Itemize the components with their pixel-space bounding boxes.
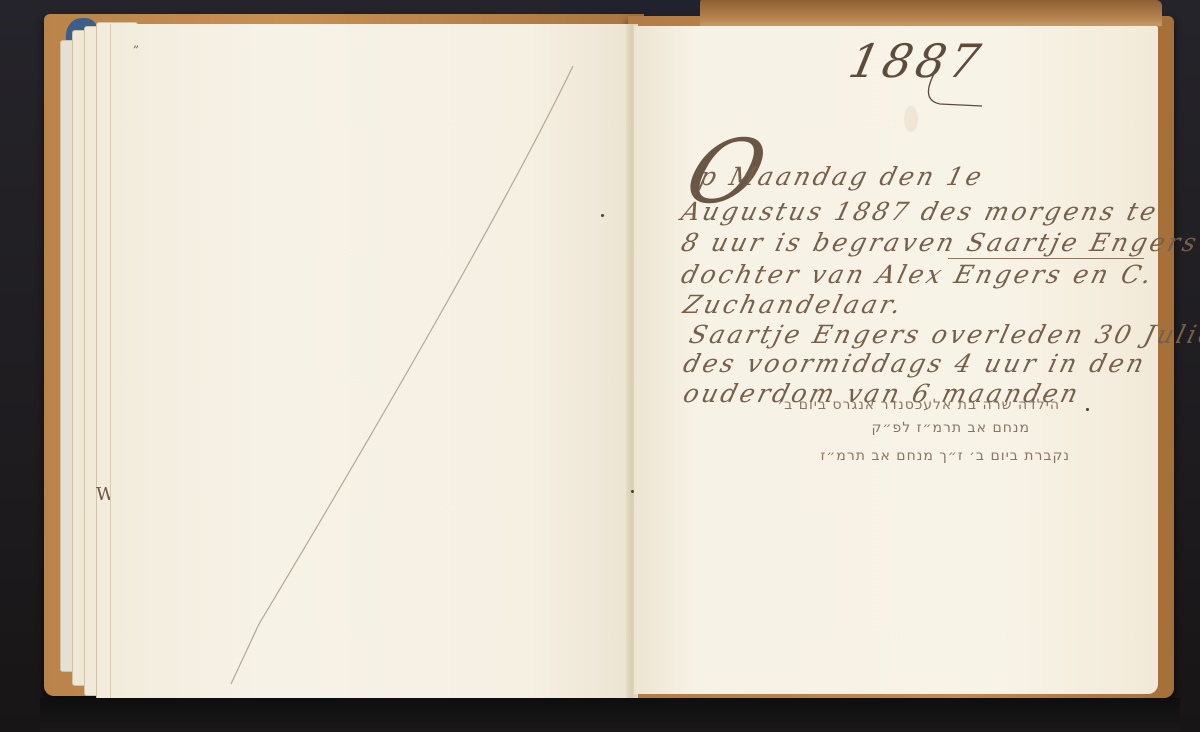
ink-dot [601,214,604,217]
diagonal-pencil-line [111,24,631,700]
record-line-5: Zuchandelaar. [680,290,907,319]
record-line-7: des voormiddags 4 uur in den [680,349,1149,378]
record-line-6: Saartje Engers overleden 30 Julie 1887 [686,320,1200,349]
table-shadow [40,698,1180,732]
left-page [110,24,631,700]
record-line-1: p Maandag den 1e [696,162,987,191]
record-line-2: Augustus 1887 des morgens te [678,197,1162,226]
ink-stain [904,106,918,132]
name-underline [948,258,1144,259]
hebrew-line-3: נקברת ביום ב׳ ז״ך מנחם אב תרמ״ז [650,448,1070,464]
hebrew-line-2: מנחם אב תרמ״ז לפ״ק [690,420,1030,436]
year-flourish [920,60,990,110]
record-line-3: 8 uur is begraven Saartje Engers [678,228,1200,257]
record-line-4: dochter van Alex Engers en C. [678,260,1157,289]
left-page-corner-mark: „ [133,36,139,50]
ink-dot [1086,408,1089,411]
hebrew-line-1: הילדה שרה בת אלעכסנדר אנגרס ביום ב׳ [660,397,1060,413]
book-cover-flap [700,0,1162,26]
ink-dot [631,490,634,493]
